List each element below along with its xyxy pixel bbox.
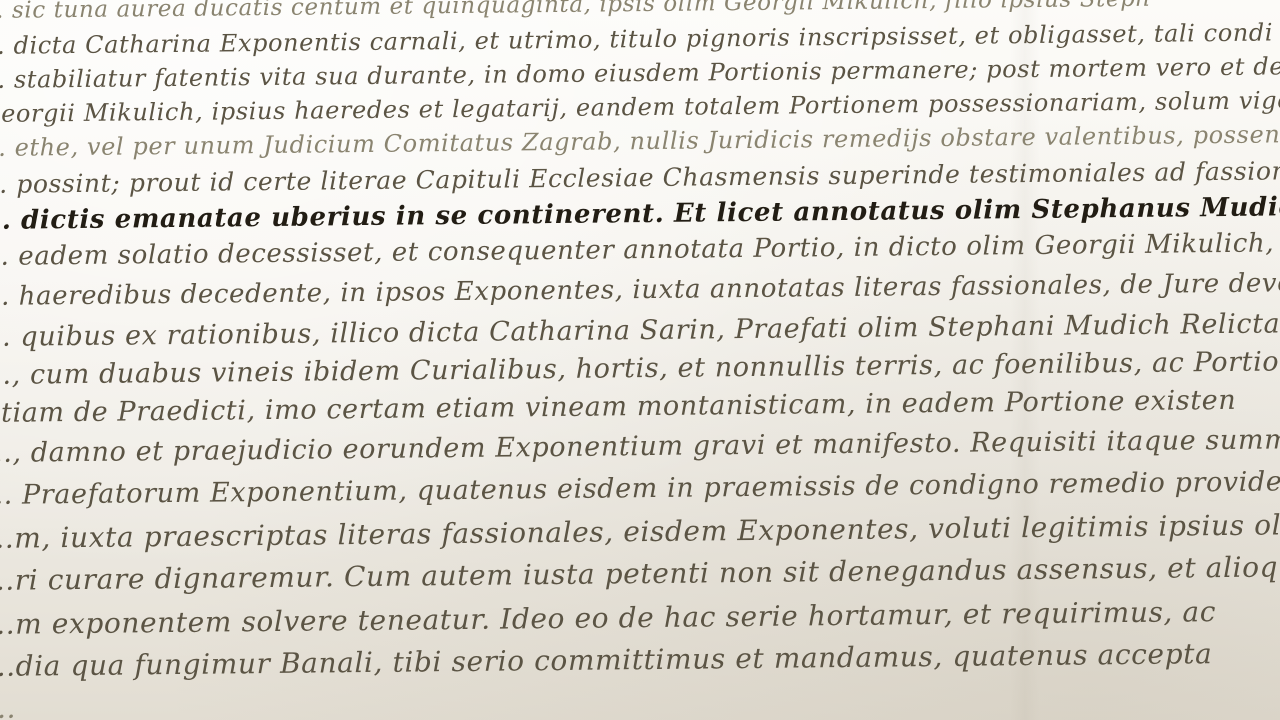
manuscript-line: ... [0,692,16,720]
